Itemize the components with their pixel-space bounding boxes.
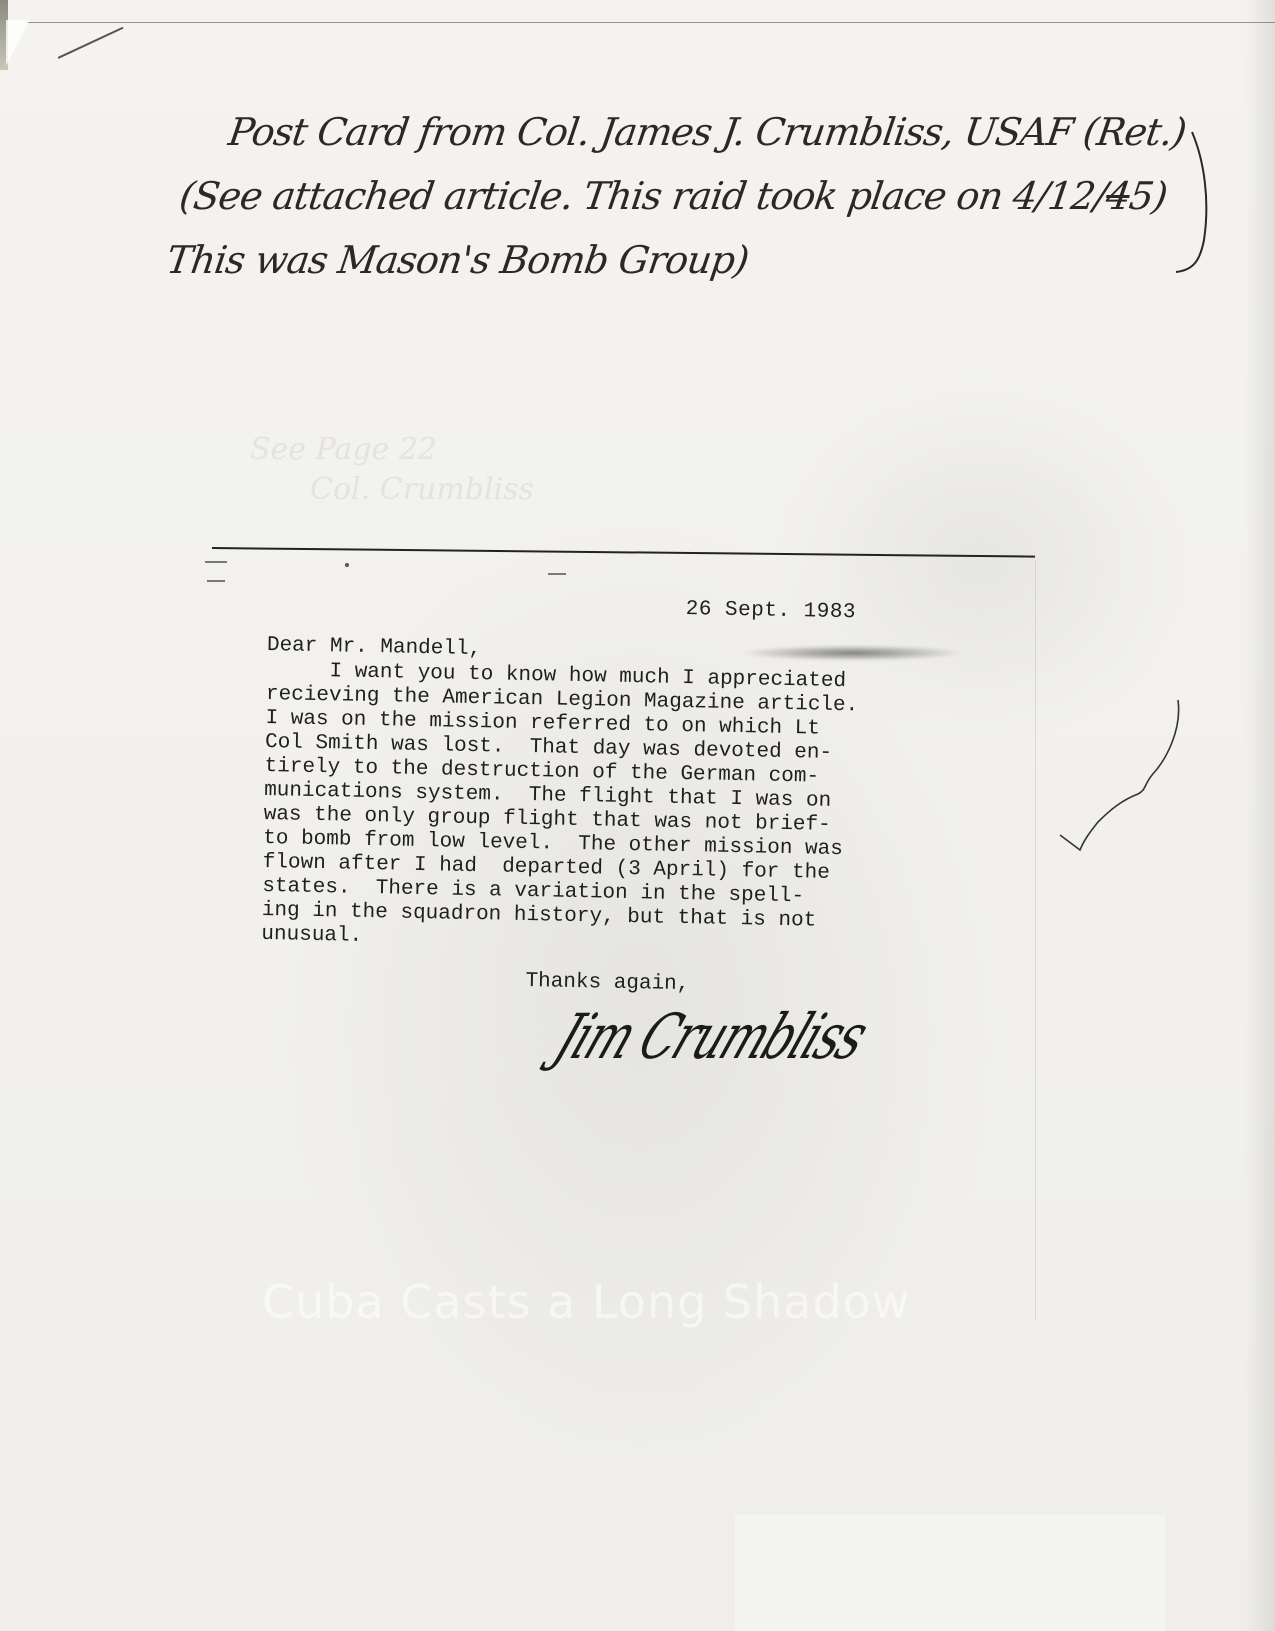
top-edge-line [28,22,1275,23]
speck [345,563,349,567]
faint-handwriting-line: See Page 22 [250,430,534,470]
letter-closing: Thanks again, [525,970,980,1003]
note-line-1: Post Card from Col. James J. Crumbliss, … [224,100,1273,164]
margin-mark [548,573,566,575]
margin-mark [207,580,225,582]
faint-magazine-title: Cuba Casts a Long Shadow [262,1275,910,1329]
note-line-2-text: (See attached article. This raid took pl… [177,174,1110,218]
note-line-2: (See attached article. This raid took pl… [176,164,1265,228]
closing-bracket-icon [1170,130,1230,280]
letter-date: 26 Sept. 1983 [685,598,987,628]
faint-reverse-table [735,1515,1165,1631]
note-line-3: This was Mason's Bomb Group) [163,228,1256,292]
margin-mark [205,561,227,563]
faint-handwriting-line: Col. Crumbliss [310,470,534,510]
staple-icon [58,27,124,59]
letter-body: I want you to know how much I appreciate… [261,659,986,961]
check-mark-icon [1040,690,1190,860]
folded-corner [6,20,30,66]
handwritten-signature: Jim Crumbliss [546,1000,877,1073]
handwritten-note: Post Card from Col. James J. Crumbliss, … [167,100,1274,292]
postcard-top-edge [212,547,1035,558]
faint-reverse-handwriting: See Page 22 Col. Crumbliss [250,430,534,510]
note-line-2-end: 5) [1126,174,1169,218]
typed-letter: 26 Sept. 1983 Dear Mr. Mandell, I want y… [260,590,988,1003]
scanned-page: See Page 22 Col. Crumbliss Cuba Casts a … [0,0,1275,1631]
postcard-right-edge [1035,560,1036,1320]
